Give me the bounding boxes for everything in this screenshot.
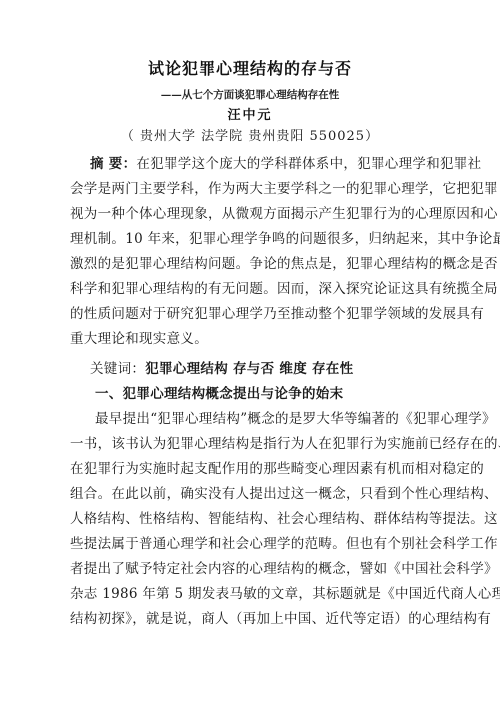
body-line: 杂志 1986 年第 5 期发表马敏的文章，其标题就是《中国近代商人心理 [70, 582, 430, 607]
abstract-line: 摘 要：在犯罪学这个庞大的学科群体系中，犯罪心理学和犯罪社 [70, 152, 430, 177]
section-heading: 一、犯罪心理结构概念提出与论争的始末 [70, 382, 430, 407]
author-name: 汪中元 [0, 108, 500, 123]
abstract-text: 在犯罪学这个庞大的学科群体系中，犯罪心理学和犯罪社 [136, 156, 481, 172]
abstract-line: 会学是两门主要学科，作为两大主要学科之一的犯罪心理学，它把犯罪 [70, 177, 430, 202]
abstract-line: 理机制。10 年来，犯罪心理学争鸣的问题很多，归纳起来，其中争论最 [70, 227, 430, 252]
body-line: 者提出了赋予特定社会内容的心理结构的概念，譬如《中国社会科学》 [70, 557, 430, 582]
page-title: 试论犯罪心理结构的存与否 [0, 0, 500, 80]
abstract-line: 重大理论和现实意义。 [70, 327, 430, 352]
abstract-line: 激烈的是犯罪心理结构问题。争论的焦点是，犯罪心理结构的概念是否 [70, 252, 430, 277]
abstract-line: 科学和犯罪心理结构的有无问题。因而，深入探究论证这具有统揽全局 [70, 277, 430, 302]
body-line: 一书，该书认为犯罪心理结构是指行为人在犯罪行为实施前已经存在的、 [70, 432, 430, 457]
author-affiliation: （ 贵州大学 法学院 贵州贵阳 550025） [0, 129, 500, 144]
page-subtitle: ——从七个方面谈犯罪心理结构存在性 [0, 89, 500, 102]
abstract-label: 摘 要： [90, 156, 136, 172]
abstract-line: 的性质问题对于研究犯罪心理学乃至推动整个犯罪学领域的发展具有 [70, 302, 430, 327]
document-body: 摘 要：在犯罪学这个庞大的学科群体系中，犯罪心理学和犯罪社 会学是两门主要学科，… [70, 152, 430, 632]
body-line: 结构初探》，就是说，商人（再加上中国、近代等定语）的心理结构有 [70, 607, 430, 632]
body-line: 人格结构、性格结构、智能结构、社会心理结构、群体结构等提法。这 [70, 507, 430, 532]
document-page: 试论犯罪心理结构的存与否 ——从七个方面谈犯罪心理结构存在性 汪中元 （ 贵州大… [0, 0, 500, 707]
keywords-line: 关键词：犯罪心理结构 存与否 维度 存在性 [70, 357, 430, 382]
body-line: 在犯罪行为实施时起支配作用的那些畸变心理因素有机而相对稳定的 [70, 457, 430, 482]
body-line: 最早提出“犯罪心理结构”概念的是罗大华等编著的《犯罪心理学》 [70, 407, 430, 432]
body-line: 些提法属于普通心理学和社会心理学的范畴。但也有个别社会科学工作 [70, 532, 430, 557]
body-line: 组合。在此以前，确实没有人提出过这一概念，只看到个性心理结构、 [70, 482, 430, 507]
keywords-label: 关键词： [90, 361, 145, 377]
keywords-value: 犯罪心理结构 存与否 维度 存在性 [145, 361, 353, 377]
abstract-line: 视为一种个体心理现象，从微观方面揭示产生犯罪行为的心理原因和心 [70, 202, 430, 227]
